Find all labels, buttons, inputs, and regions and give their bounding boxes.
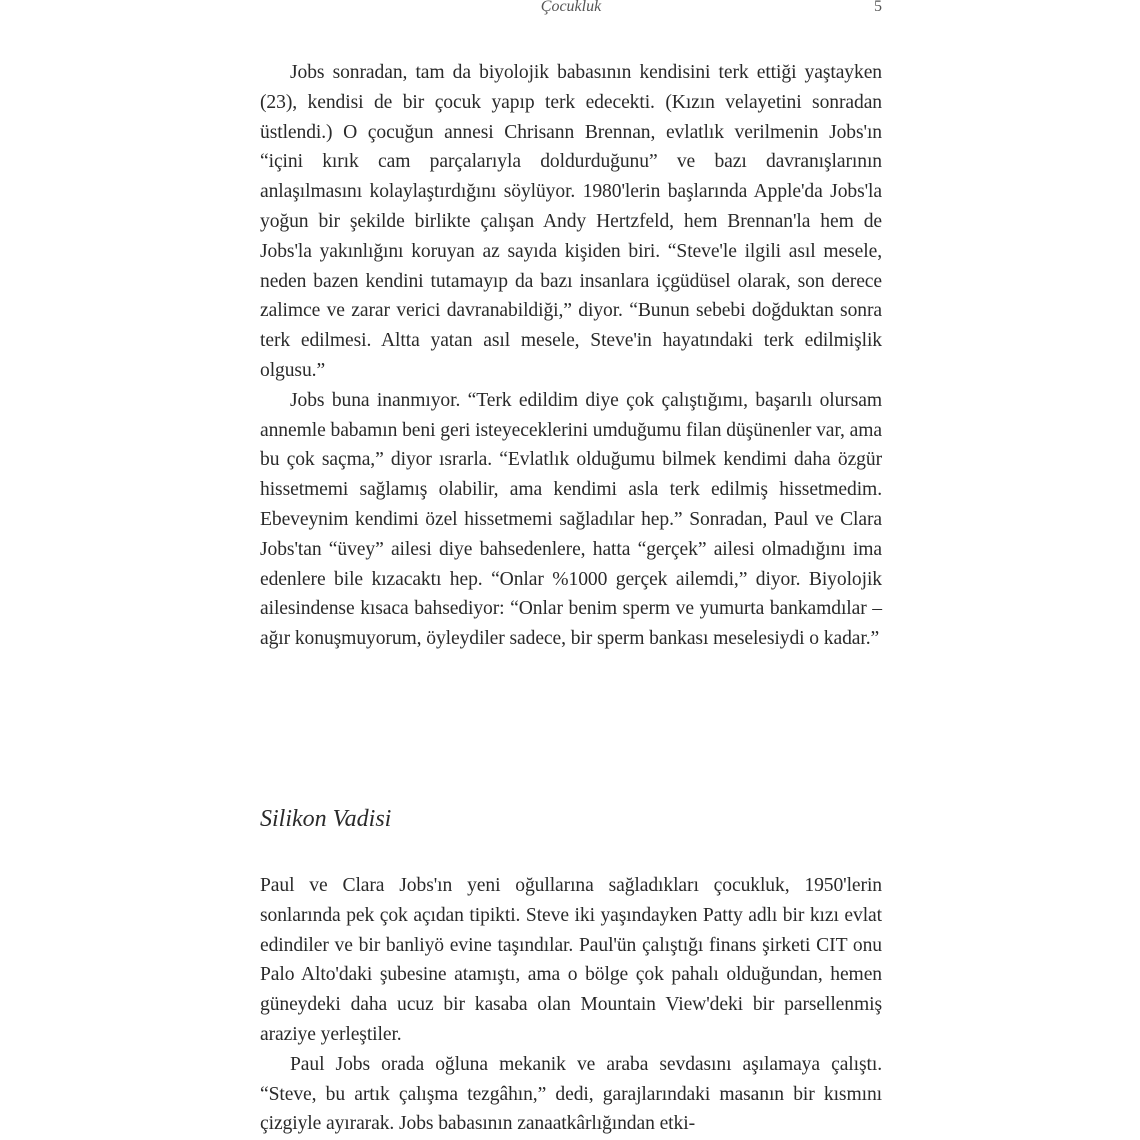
- paragraph: Paul ve Clara Jobs'ın yeni oğullarına sa…: [260, 871, 882, 1050]
- paragraph: Jobs buna inanmıyor. “Terk edildim diye …: [260, 386, 882, 654]
- page-number: 5: [874, 0, 882, 16]
- section-body-1: Jobs sonradan, tam da biyolojik babasını…: [260, 58, 882, 654]
- paragraph: Jobs sonradan, tam da biyolojik babasını…: [260, 58, 882, 386]
- chapter-title: Çocukluk: [260, 0, 882, 16]
- paragraph: Paul Jobs orada oğluna mekanik ve araba …: [260, 1050, 882, 1139]
- book-page: Çocukluk 5 Jobs sonradan, tam da biyoloj…: [0, 0, 1140, 1140]
- section-heading: Silikon Vadisi: [260, 806, 391, 833]
- section-body-2: Paul ve Clara Jobs'ın yeni oğullarına sa…: [260, 871, 882, 1139]
- running-head: Çocukluk 5: [260, 0, 882, 22]
